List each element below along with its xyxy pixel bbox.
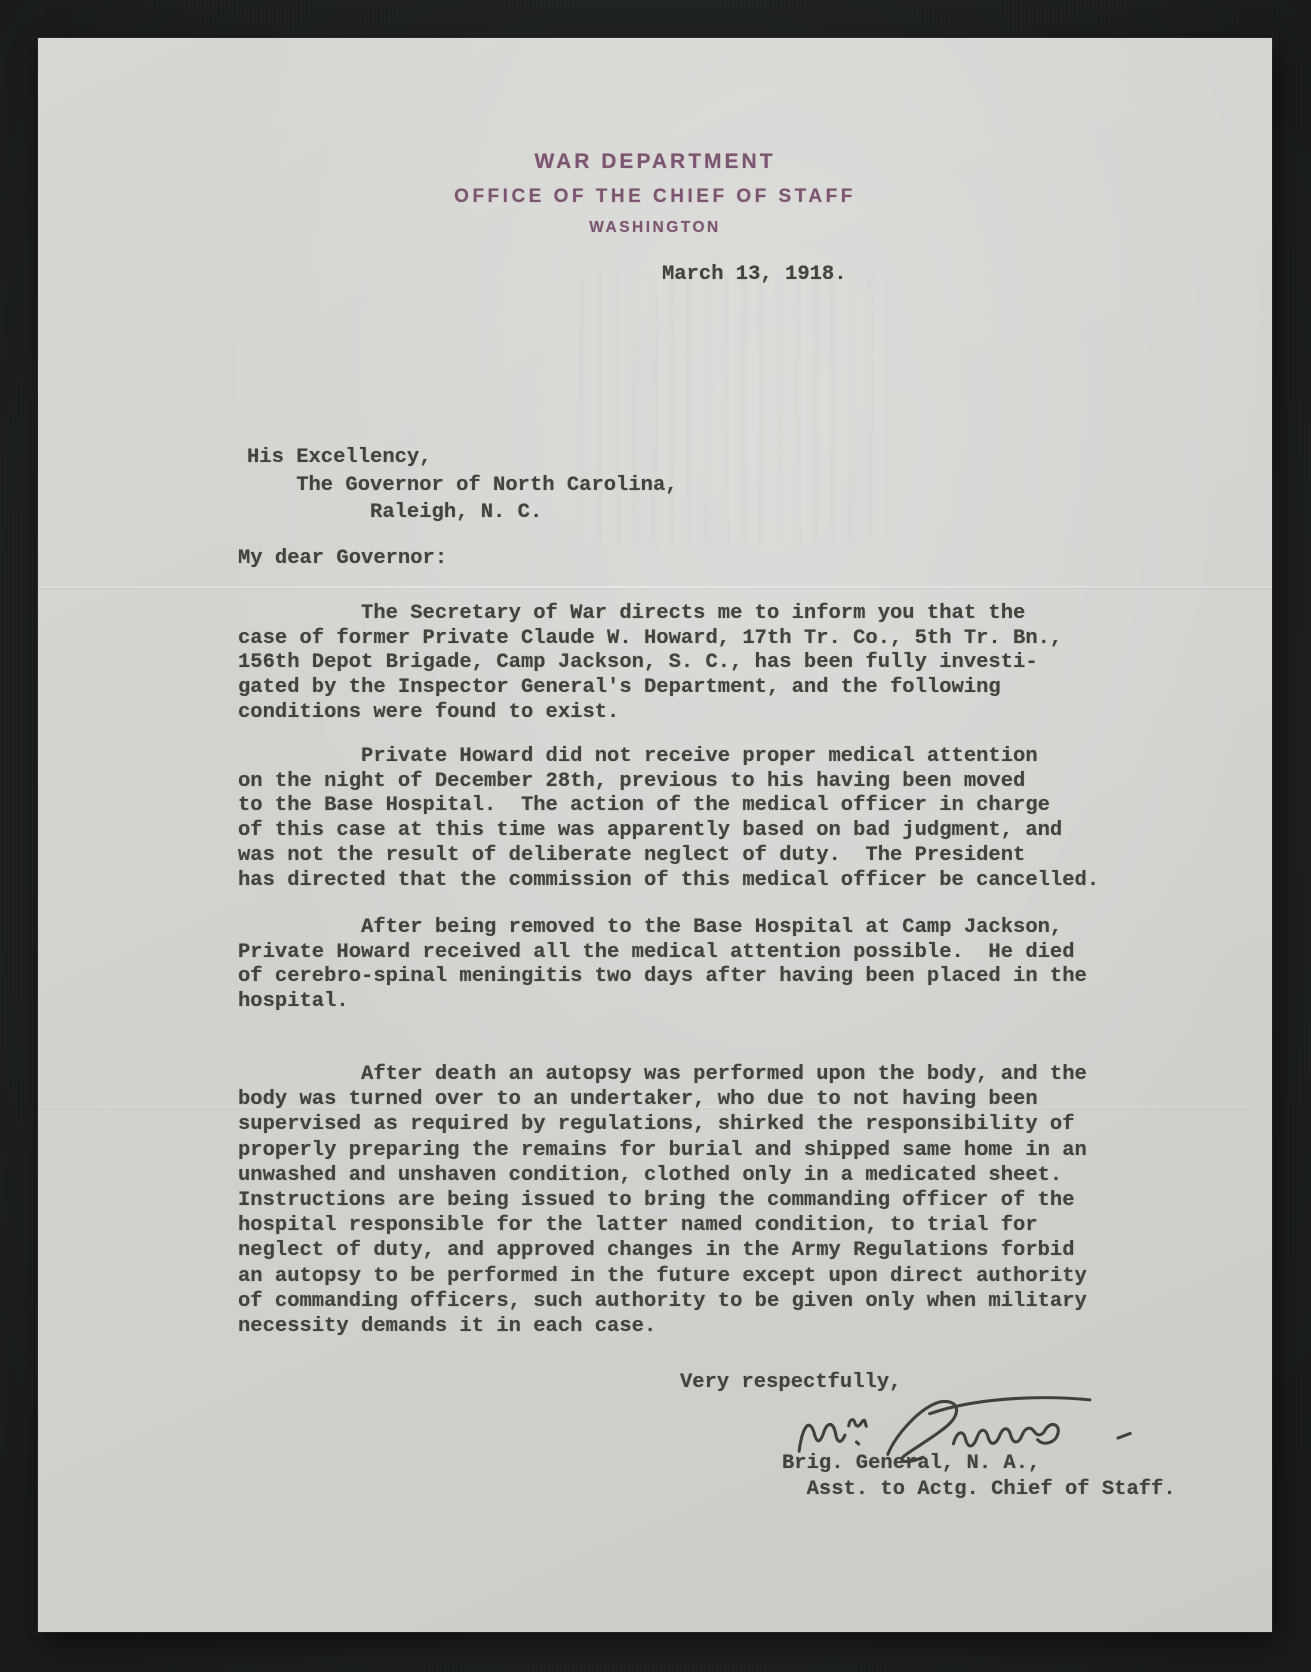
- body-paragraph-1: The Secretary of War directs me to infor…: [238, 602, 1062, 726]
- photo-mat-background: WAR DEPARTMENT OFFICE OF THE CHIEF OF ST…: [0, 0, 1311, 1672]
- body-paragraph-2: Private Howard did not receive proper me…: [238, 745, 1099, 893]
- paper-fold-crease-top: [38, 586, 1272, 588]
- letterhead-office: OFFICE OF THE CHIEF OF STAFF: [38, 186, 1272, 208]
- salutation: My dear Governor:: [238, 547, 447, 570]
- letter-page: WAR DEPARTMENT OFFICE OF THE CHIEF OF ST…: [38, 38, 1272, 1632]
- signer-title-block: Brig. General, N. A., Asst. to Actg. Chi…: [782, 1451, 1176, 1503]
- letter-date: March 13, 1918.: [662, 263, 847, 286]
- letterhead-department: WAR DEPARTMENT: [38, 150, 1272, 174]
- body-paragraph-4: After death an autopsy was performed upo…: [238, 1062, 1087, 1339]
- recipient-address-block: His Excellency, The Governor of North Ca…: [247, 444, 678, 527]
- body-paragraph-3: After being removed to the Base Hospital…: [238, 916, 1087, 1015]
- letterhead: WAR DEPARTMENT OFFICE OF THE CHIEF OF ST…: [38, 150, 1272, 237]
- letterhead-city: WASHINGTON: [38, 219, 1272, 237]
